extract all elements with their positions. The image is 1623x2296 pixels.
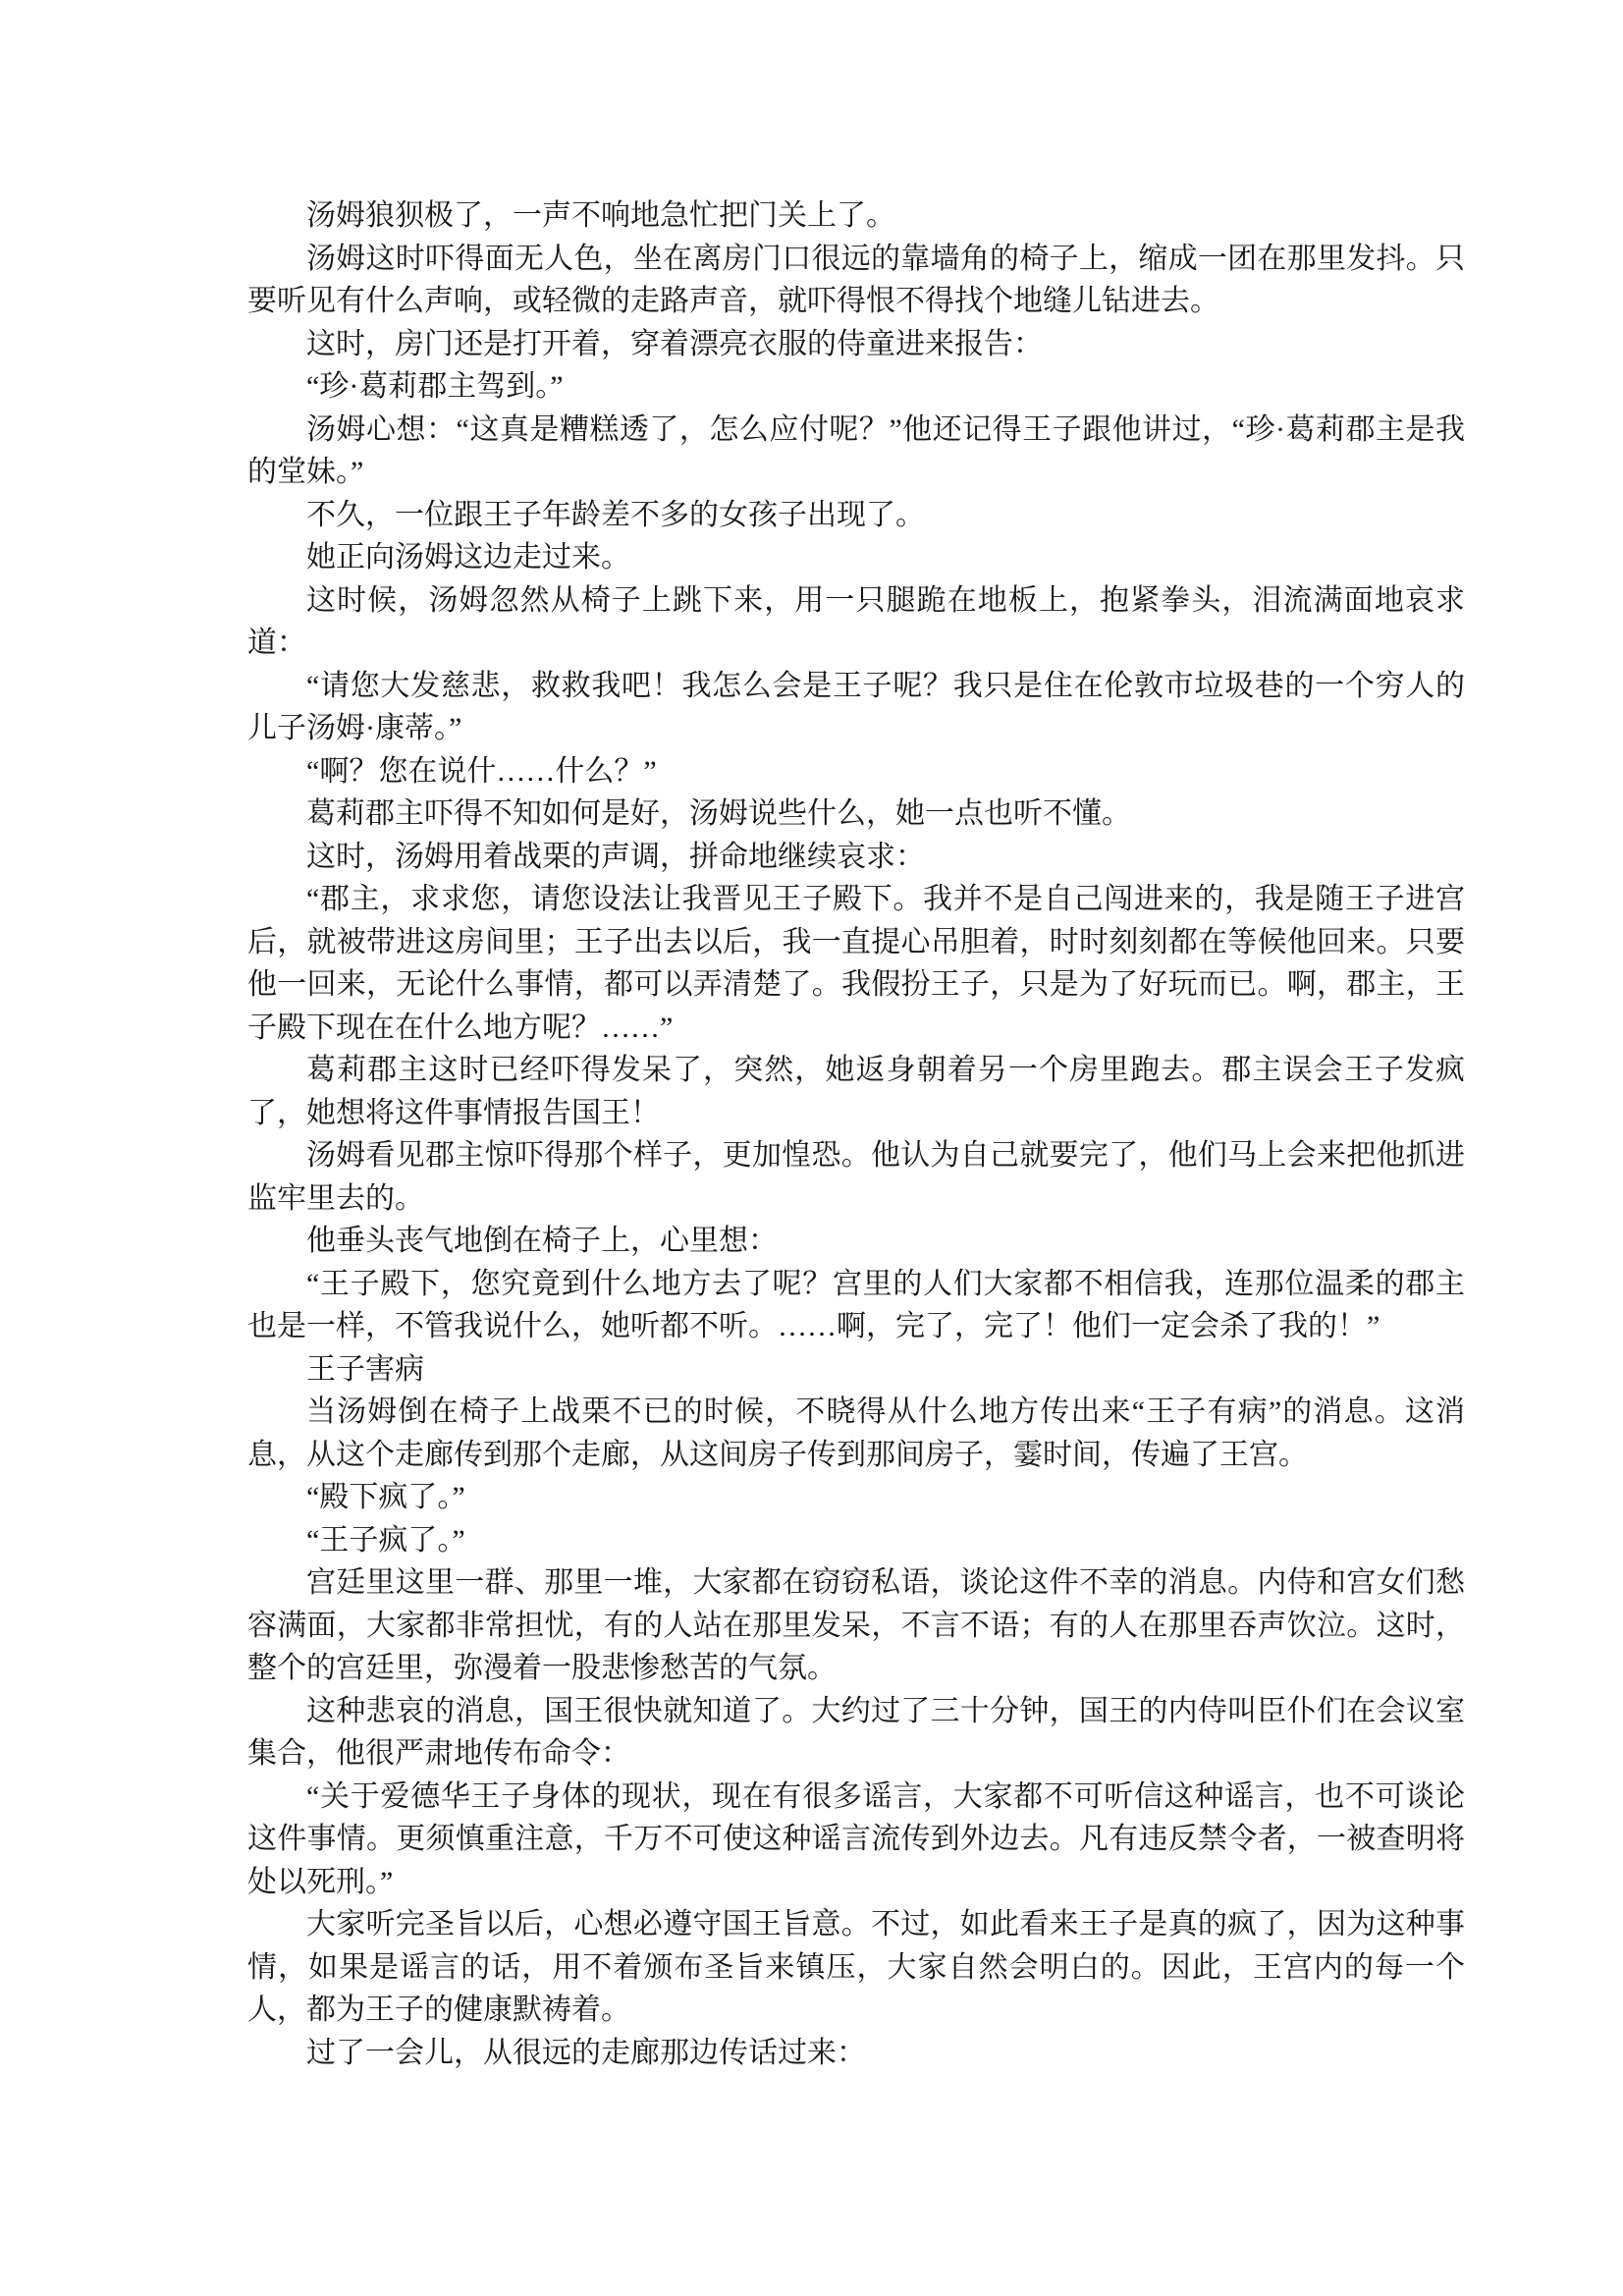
paragraph: 汤姆这时吓得面无人色，坐在离房门口很远的靠墙角的椅子上，缩成一团在那里发抖。只要… bbox=[247, 238, 1465, 323]
paragraph-dialogue: “珍·葛莉郡主驾到。” bbox=[247, 365, 1465, 409]
paragraph: 当汤姆倒在椅子上战栗不已的时候，不晓得从什么地方传出来“王子有病”的消息。这消息… bbox=[247, 1391, 1465, 1476]
paragraph: 宫廷里这里一群、那里一堆，大家都在窃窃私语，谈论这件不幸的消息。内侍和宫女们愁容… bbox=[247, 1561, 1465, 1690]
paragraph: 大家听完圣旨以后，心想必遵守国王旨意。不过，如此看来王子是真的疯了，因为这种事情… bbox=[247, 1903, 1465, 2032]
paragraph: 葛莉郡主这时已经吓得发呆了，突然，她返身朝着另一个房里跑去。郡主误会王子发疯了，… bbox=[247, 1049, 1465, 1134]
paragraph: 不久，一位跟王子年龄差不多的女孩子出现了。 bbox=[247, 494, 1465, 537]
section-heading: 王子害病 bbox=[247, 1348, 1465, 1392]
document-page: 汤姆狼狈极了，一声不响地急忙把门关上了。 汤姆这时吓得面无人色，坐在离房门口很远… bbox=[0, 0, 1623, 2296]
paragraph-dialogue: “王子疯了。” bbox=[247, 1519, 1465, 1562]
paragraph: 这种悲哀的消息，国王很快就知道了。大约过了三十分钟，国王的内侍叫臣仆们在会议室集… bbox=[247, 1690, 1465, 1776]
paragraph-dialogue: “关于爱德华王子身体的现状，现在有很多谣言，大家都不可听信这种谣言，也不可谈论这… bbox=[247, 1776, 1465, 1904]
paragraph-dialogue: “啊？您在说什……什么？” bbox=[247, 750, 1465, 793]
paragraph: 这时候，汤姆忽然从椅子上跳下来，用一只腿跪在地板上，抱紧拳头，泪流满面地哀求道： bbox=[247, 579, 1465, 665]
paragraph: 葛莉郡主吓得不知如何是好，汤姆说些什么，她一点也听不懂。 bbox=[247, 793, 1465, 836]
document-body: 汤姆狼狈极了，一声不响地急忙把门关上了。 汤姆这时吓得面无人色，坐在离房门口很远… bbox=[247, 194, 1465, 2074]
paragraph: 这时，房门还是打开着，穿着漂亮衣服的侍童进来报告： bbox=[247, 323, 1465, 366]
paragraph-dialogue: “殿下疯了。” bbox=[247, 1476, 1465, 1519]
paragraph: 过了一会儿，从很远的走廊那边传话过来： bbox=[247, 2032, 1465, 2075]
paragraph-dialogue: “郡主，求求您，请您设法让我晋见王子殿下。我并不是自己闯进来的，我是随王子进宫后… bbox=[247, 878, 1465, 1049]
paragraph: 这时，汤姆用着战栗的声调，拼命地继续哀求： bbox=[247, 836, 1465, 879]
paragraph-dialogue: “请您大发慈悲，救救我吧！我怎么会是王子呢？我只是住在伦敦市垃圾巷的一个穷人的儿… bbox=[247, 665, 1465, 750]
paragraph: 汤姆狼狈极了，一声不响地急忙把门关上了。 bbox=[247, 194, 1465, 238]
paragraph: 汤姆心想：“这真是糟糕透了，怎么应付呢？”他还记得王子跟他讲过，“珍·葛莉郡主是… bbox=[247, 409, 1465, 494]
paragraph: 他垂头丧气地倒在椅子上，心里想： bbox=[247, 1220, 1465, 1263]
paragraph-dialogue: “王子殿下，您究竟到什么地方去了呢？宫里的人们大家都不相信我，连那位温柔的郡主也… bbox=[247, 1263, 1465, 1348]
paragraph: 汤姆看见郡主惊吓得那个样子，更加惶恐。他认为自己就要完了，他们马上会来把他抓进监… bbox=[247, 1134, 1465, 1220]
paragraph: 她正向汤姆这边走过来。 bbox=[247, 536, 1465, 579]
